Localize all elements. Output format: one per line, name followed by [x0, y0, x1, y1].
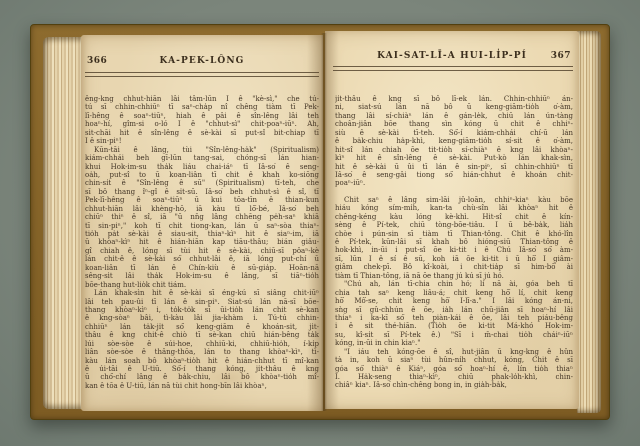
left-header-rule: [85, 72, 319, 77]
text-line: êng-kng chhut-hiān lâi tâm-lūn I ê "kè-s…: [85, 95, 319, 103]
text-line: choân-jiân bōe thang sìn kóng ū chit ê c…: [335, 120, 573, 128]
right-page-stack-edge: [577, 31, 601, 413]
text-line: I. Ha̍k-seng thiaⁿ-kìⁿ, chiū phak-lo̍h-k…: [335, 373, 573, 381]
left-page-number: 366: [87, 56, 107, 66]
text-line: "I iáu teh kóng-ōe ê sî, hut-jiân ū kng-…: [335, 348, 573, 356]
text-line: kàu lán soah bô khòaⁿ-tio̍h hit ê hián-c…: [85, 357, 319, 365]
text-line: chiâⁿ kiaⁿ. Iâ-so͘ chìn-chêng bong in, i…: [335, 381, 573, 389]
text-line: kiám-chhái beh gī-lūn tang-sai, chóng-sī…: [85, 154, 319, 162]
text-line: chiūⁿ thiⁿ ê sî, iā "ū nn̄g lâng chhēng …: [85, 213, 319, 221]
text-line: sī bô thang îⁿ-gî ê si̍t-sū. Iâ-so͘ beh …: [85, 188, 319, 196]
text-line: oa̍h, put-sî to ū koan-liân tī chit ê kh…: [85, 171, 319, 179]
text-line: lúi sòe-sòe ê súi-hoe, chhiū-ki, chhiū-h…: [85, 340, 319, 348]
paragraph: ji̍t-thâu ê kng sī bô lī-ek lán. Chhin-c…: [335, 95, 573, 188]
text-line: hok-khì, in-ūi i put-sî ōe ki-tit i ê Ch…: [335, 246, 573, 254]
text-line: kan ê tōa ê Ú-tiū, lán nā tùi chit hong-…: [85, 382, 319, 390]
left-page-header: 366 KA-PEK-LÔNG: [81, 56, 323, 66]
text-line: sèng ê Pí-tek, chiū tòng-bōe-tiâu. I ū b…: [335, 221, 573, 229]
text-line: tī sin-piⁿ," koh tī chit tiong-kan, lán …: [85, 222, 319, 230]
text-line: giâm chek-pī. Bô kî-koài, i chit-tia̍p s…: [335, 263, 573, 271]
paragraph: "I iáu teh kóng-ōe ê sî, hut-jiân ū kng-…: [335, 348, 573, 390]
text-line: sī, lūn I ê sí ê sū, koh iā ōe ki-tit i …: [335, 255, 573, 263]
text-line: Lán khak-sìn hit ê sè-kài sī éng-kú sī s…: [85, 289, 319, 297]
text-line: hit-sî lán chiah ōe tit-tio̍h sí-chiàⁿ ê…: [335, 146, 573, 154]
text-line: poaⁿ-iūⁿ.: [335, 179, 573, 187]
text-line: hō͘ Mô͘-se, chit keng hō͘ Í-lī-a." I lâi…: [335, 297, 573, 305]
left-running-title: KA-PEK-LÔNG: [160, 56, 245, 66]
left-page: 366 KA-PEK-LÔNG êng-kng chhut-hiān lâi t…: [81, 35, 323, 411]
right-page-body: ji̍t-thâu ê kng sī bô lī-ek lán. Chhin-c…: [335, 95, 573, 390]
photo-background: 366 KA-PEK-LÔNG êng-kng chhut-hiān lâi t…: [0, 0, 640, 446]
text-line: chhiūⁿ lán ta̍k-ji̍t só͘ keng-giām ê kho…: [85, 323, 319, 331]
text-line: tio̍h pa̍t sè-kài ê siau-sit, thiaⁿ-kìⁿ …: [85, 230, 319, 238]
text-line: Kūn-tāi ê lâng, tùi "Sîn-lêng-ha̍k" (Spi…: [85, 146, 319, 154]
book-gutter: [321, 33, 327, 411]
text-line: ni, siat-sú lán nā bô ū keng-giām-tio̍h …: [335, 103, 573, 111]
text-line: I ê sin-piⁿ!: [85, 137, 319, 145]
text-line: koan-liân tī lán ê Chín-kiù ê sū-gia̍p. …: [85, 264, 319, 272]
text-line: chia tah saⁿ keng liâu-á; chit keng hō͘ …: [335, 289, 573, 297]
text-line: sǹg sī gû-chhún ê ōe, ia̍h lán chū-jiân …: [335, 306, 573, 314]
right-running-title: KAI-SAT-LĪ-A HUI-LI̍P-PÍ: [377, 51, 527, 61]
text-line: tú sī chhin-chhiūⁿ tī saⁿ-cha̍p nî chêng…: [85, 103, 319, 111]
text-line: Chit saⁿ ê lâng sim-lāi jû-loān, chhiⁿ-k…: [335, 196, 573, 204]
text-line: lâi teh pau-ûi tī lán ê sin-piⁿ. Siat-sú…: [85, 298, 319, 306]
text-line: chin-si̍t ê "Sîn-lêng ê sū" (Spiritualis…: [85, 179, 319, 187]
text-line: ê úi-tāi ê Ú-tiū. Só͘-í thang kóng, ji̍t…: [85, 365, 319, 373]
text-line: ū khòaⁿ-kìⁿ hit ê hián-hiān kap tiāu-thâ…: [85, 238, 319, 246]
text-line: thiaⁿ i ka-kī só͘ teh piàn-kái ê ōe, lâi…: [335, 314, 573, 322]
text-line: ê kng-sòaⁿ bâi, tì-kàu lâi jia-khàm i. T…: [85, 314, 319, 322]
right-header-rule: [333, 66, 573, 71]
text-line: Iâ-so͘ ê seng-gâi tiong só͘ hián-chhut ê…: [335, 171, 573, 179]
text-line: ji̍t-thâu ê kng sī bô lī-ek lán. Chhin-c…: [335, 95, 573, 103]
text-line: su, kî-si̍t sī Pí-tek ê.) "Sī i m̄-chai …: [335, 331, 573, 339]
text-line: Pek-lī-hêng ê soaⁿ-tiūⁿ ū kui tōa-tīn ê …: [85, 196, 319, 204]
right-page-header: KAI-SAT-LĪ-A HUI-LI̍P-PÍ 367: [325, 51, 579, 61]
text-line: ê Pí-tek, kūn-lâi sī khah bô hióng-siū T…: [335, 238, 573, 246]
text-line: góa só͘ thiàⁿ ê Kiáⁿ, góa só͘ hoaⁿ-hí ê,…: [335, 365, 573, 373]
paragraph: Chit saⁿ ê lâng sim-lāi jû-loān, chhiⁿ-k…: [335, 196, 573, 280]
paragraph: "Chú ah, lán tī-chia chin hó; lí nā ài, …: [335, 280, 573, 348]
text-line: gî chiah ê, lóng sī tùi hit ê sè-kài, ch…: [85, 247, 319, 255]
text-line: lán chit-ê ê sè-kài só͘ chhut-lâi ê, iā …: [85, 255, 319, 263]
text-line: chòe i pún-sin sī tiàm tī Thian-tông. Ch…: [335, 230, 573, 238]
text-line: sêng-si̍t lâi tha̍k Hok-im-su ê lâng, sī…: [85, 272, 319, 280]
text-line: kóng, in-ūi in chin kiaⁿ.": [335, 339, 573, 347]
left-page-stack-edge: [43, 37, 83, 409]
left-page-body: êng-kng chhut-hiān lâi tâm-lūn I ê "kè-s…: [85, 95, 319, 390]
text-line: chêng-kéng kàu lóng kè-khì. Hit-sî chit …: [335, 213, 573, 221]
text-line: khui Hok-im-su tha̍k liáu chai-iáⁿ tī Iâ…: [85, 163, 319, 171]
text-line: tiàm tī Thian-tông, iā nā ōe thang jú kú…: [335, 272, 573, 280]
text-line: hit ê sè-kài ū ûi tī lán ê sin-piⁿ, sī c…: [335, 163, 573, 171]
text-line: chhut-hiān lâi khèng-hō, iā kàu tī lō͘-b…: [85, 205, 319, 213]
text-line: ê ba̍k-chiu ha̍p-khì, keng-giām-tio̍h sí…: [335, 137, 573, 145]
text-line: i ê si̍t thé-hiān. (Tio̍h ōe ki-tit Má-k…: [335, 322, 573, 330]
right-page-number: 367: [551, 51, 571, 61]
text-line: siù ê sè-kài tī-teh. Só͘-í kiám-chhái ch…: [335, 129, 573, 137]
text-line: thang lâi sí-chiàⁿ lán ê gán-le̍k, chiū …: [335, 112, 573, 120]
text-line: si̍t-chāi hit ê sîn-lêng ê sè-kài sī put…: [85, 129, 319, 137]
paragraph: Kūn-tāi ê lâng, tùi "Sîn-lêng-ha̍k" (Spi…: [85, 146, 319, 289]
text-line: liân sòe-sòe ê thâng-thōa, lán to thang …: [85, 348, 319, 356]
book: 366 KA-PEK-LÔNG êng-kng chhut-hiān lâi t…: [30, 24, 610, 420]
text-line: hoaⁿ-hí, gîm-si o-ló I ê "chhut-sì" chit…: [85, 120, 319, 128]
text-line: lī-hêng ê soaⁿ-tiūⁿ, hiah ê pâi ê sîn-lê…: [85, 112, 319, 120]
text-line: "Chú ah, lán tī-chia chin hó; lí nā ài, …: [335, 280, 573, 288]
paragraph: êng-kng chhut-hiān lâi tâm-lūn I ê "kè-s…: [85, 95, 319, 146]
text-line: ū chó͘-chí lâng ê ba̍k-chiu, lâi bô khòa…: [85, 373, 319, 381]
text-line: thang khòaⁿ-kìⁿ i, to̍k-to̍k sī ūi-tio̍h…: [85, 306, 319, 314]
text-line: kìⁿ hit ê sîn-lêng ê sè-kài. Put-kò lán …: [335, 154, 573, 162]
text-line: bōe-thang hut-lio̍k chit tiám.: [85, 281, 319, 289]
right-page: KAI-SAT-LĪ-A HUI-LI̍P-PÍ 367 ji̍t-thâu ê…: [325, 31, 579, 409]
paragraph: Lán khak-sìn hit ê sè-kài sī éng-kú sī s…: [85, 289, 319, 390]
text-line: thâu ê kng chit-ê chiò tī sè-kan chiū hi…: [85, 331, 319, 339]
text-line: hiáu kóng sím-mi̍h, kan-ta chù-sîn lâi k…: [335, 204, 573, 212]
text-line: tà in, koh ū siaⁿ tùi hûn-ni̍h chhut, kó…: [335, 356, 573, 364]
